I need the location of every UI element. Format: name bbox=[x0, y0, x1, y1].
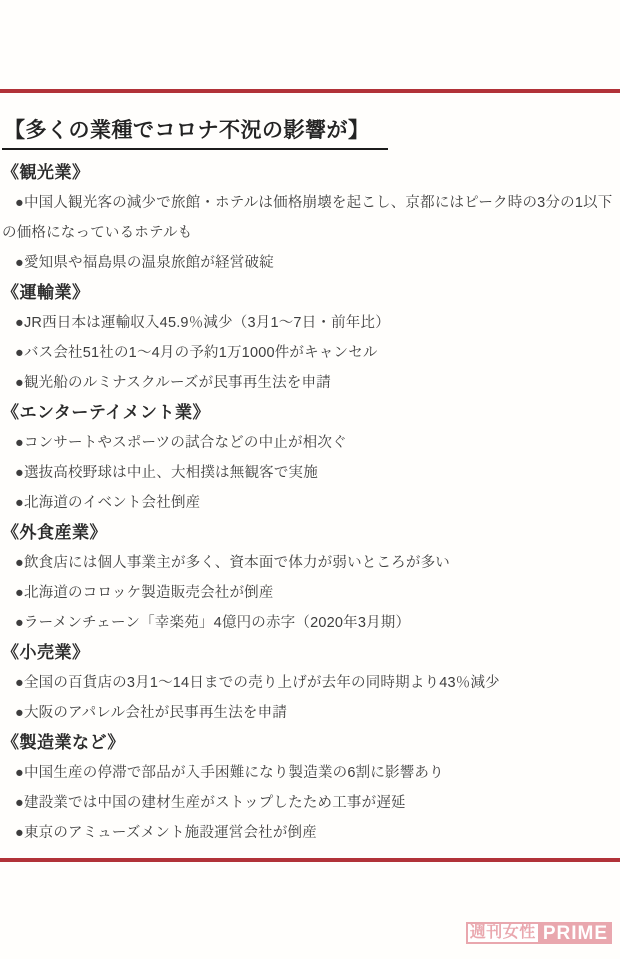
section-entertainment: 《エンターテイメント業》 ●コンサートやスポーツの試合などの中止が相次ぐ ●選抜… bbox=[2, 398, 618, 518]
section-heading: 《運輸業》 bbox=[2, 278, 618, 308]
section-retail: 《小売業》 ●全国の百貨店の3月1～14日までの売り上げが去年の同時期より43％… bbox=[2, 638, 618, 728]
section-manufacturing: 《製造業など》 ●中国生産の停滞で部品が入手困難になり製造業の6割に影響あり ●… bbox=[2, 728, 618, 848]
brand-weekly-josei-label: 週刊女性 bbox=[466, 922, 540, 944]
article-page: 【多くの業種でコロナ不況の影響が】 《観光業》 ●中国人観光客の減少で旅館・ホテ… bbox=[0, 0, 620, 959]
shukan-josei-prime-logo: 週刊女性 PRIME bbox=[466, 922, 612, 944]
list-item: ●ラーメンチェーン「幸楽苑」4億円の赤字（2020年3月期） bbox=[2, 608, 618, 638]
section-heading: 《製造業など》 bbox=[2, 728, 618, 758]
section-heading: 《観光業》 bbox=[2, 158, 618, 188]
list-item: ●JR西日本は運輸収入45.9％減少（3月1～7日・前年比） bbox=[2, 308, 618, 338]
article-body: 【多くの業種でコロナ不況の影響が】 《観光業》 ●中国人観光客の減少で旅館・ホテ… bbox=[2, 116, 618, 848]
list-item: ●コンサートやスポーツの試合などの中止が相次ぐ bbox=[2, 428, 618, 458]
list-item: ●愛知県や福島県の温泉旅館が経営破綻 bbox=[2, 248, 618, 278]
section-heading: 《エンターテイメント業》 bbox=[2, 398, 618, 428]
section-tourism: 《観光業》 ●中国人観光客の減少で旅館・ホテルは価格崩壊を起こし、京都にはピーク… bbox=[2, 158, 618, 278]
list-item: ●中国生産の停滞で部品が入手困難になり製造業の6割に影響あり bbox=[2, 758, 618, 788]
list-item: ●中国人観光客の減少で旅館・ホテルは価格崩壊を起こし、京都にはピーク時の3分の1… bbox=[2, 188, 618, 248]
list-item: ●大阪のアパレル会社が民事再生法を申請 bbox=[2, 698, 618, 728]
brand-prime-label: PRIME bbox=[540, 922, 612, 944]
section-heading: 《小売業》 bbox=[2, 638, 618, 668]
list-item: ●北海道のコロッケ製造販売会社が倒産 bbox=[2, 578, 618, 608]
section-heading: 《外食産業》 bbox=[2, 518, 618, 548]
bottom-red-rule bbox=[0, 858, 620, 862]
list-item: ●バス会社51社の1～4月の予約1万1000件がキャンセル bbox=[2, 338, 618, 368]
list-item: ●全国の百貨店の3月1～14日までの売り上げが去年の同時期より43％減少 bbox=[2, 668, 618, 698]
list-item: ●東京のアミューズメント施設運営会社が倒産 bbox=[2, 818, 618, 848]
top-red-rule bbox=[0, 89, 620, 93]
list-item: ●北海道のイベント会社倒産 bbox=[2, 488, 618, 518]
list-item: ●選抜高校野球は中止、大相撲は無観客で実施 bbox=[2, 458, 618, 488]
list-item: ●飲食店には個人事業主が多く、資本面で体力が弱いところが多い bbox=[2, 548, 618, 578]
section-transport: 《運輸業》 ●JR西日本は運輸収入45.9％減少（3月1～7日・前年比） ●バス… bbox=[2, 278, 618, 398]
page-title: 【多くの業種でコロナ不況の影響が】 bbox=[2, 116, 388, 150]
list-item: ●建設業では中国の建材生産がストップしたため工事が遅延 bbox=[2, 788, 618, 818]
list-item: ●観光船のルミナスクルーズが民事再生法を申請 bbox=[2, 368, 618, 398]
section-restaurant: 《外食産業》 ●飲食店には個人事業主が多く、資本面で体力が弱いところが多い ●北… bbox=[2, 518, 618, 638]
